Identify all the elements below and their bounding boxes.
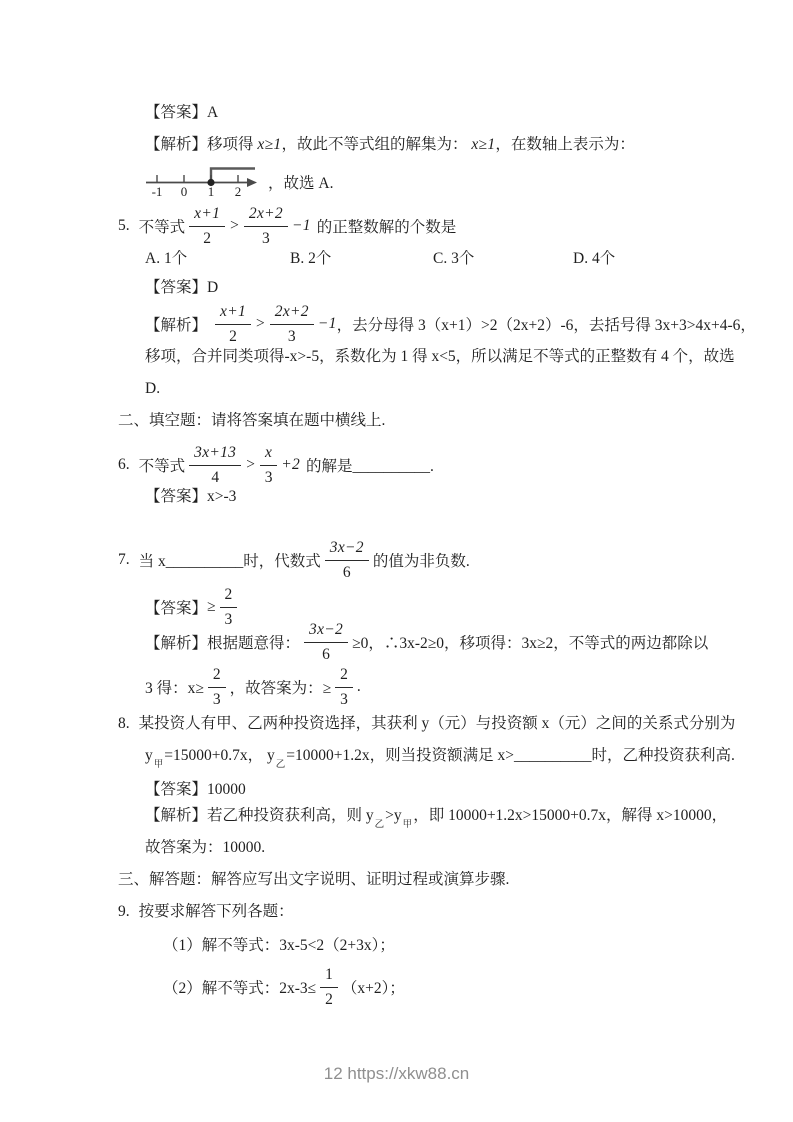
section-heading-text: 三、解答题：解答应写出文字说明、证明过程或演算步骤. [118,871,509,888]
q9-stem: 9.按要求解答下列各题： [118,896,294,928]
fraction-denominator: 3 [265,466,273,487]
fraction-denominator: 2 [325,988,333,1009]
text-segment: 3 得：x≥ [145,676,204,698]
analysis-label: 【解析】 [145,136,207,153]
question-number: 5. [118,217,130,235]
math-expression: −1 [318,315,337,333]
fraction-denominator: 6 [343,561,351,582]
fraction-numerator: x+1 [215,302,251,324]
fraction: 23 [335,665,353,709]
fraction-numerator: 3x+13 [189,443,241,465]
analysis-label: 【解析】 [145,313,207,335]
text-segment: 根据题意得： [207,631,300,653]
text-segment: 的正整数解的个数是 [317,215,457,237]
text-segment: 不等式 [139,454,186,476]
relation-sign: ≥ [207,598,216,616]
q9-subproblem-2: （2）解不等式：2x-3≤ 12 （x+2）； [163,958,405,1016]
fraction-denominator: 3 [213,688,221,709]
fraction-numerator: 2x+2 [244,204,288,226]
question-number: 7. [118,551,130,569]
q4-answer-line: 【答案】A [145,97,218,129]
relation-sign: > [255,315,266,333]
text-segment: ≥0，∴3x-2≥0，移项得：3x≥2，不等式的两边都除以 [352,631,708,653]
q8-answer-value: 10000 [207,781,246,798]
text-segment: ，故选 A. [268,176,333,192]
math-expression: x≥1 [471,136,495,153]
axis-arrowhead [247,178,257,187]
option-a: A. 1个 [145,243,290,275]
text-segment: D. [145,380,160,397]
fraction-numerator: 2x+2 [270,302,314,324]
analysis-label: 【解析】 [145,631,207,653]
math-expression: x≥1 [257,136,281,153]
question-number: 9. [118,903,130,920]
text-segment: ，故答案为：≥ [230,676,332,698]
q4-answer-value: A [207,104,218,121]
fraction-numerator: 3x−2 [304,620,348,642]
fraction-numerator: x+1 [189,204,225,226]
tick-label: 0 [181,184,188,198]
tick-label: -1 [152,184,163,198]
text-segment: （2）解不等式：2x-3≤ [163,976,316,998]
option-c: C. 3个 [433,243,573,275]
answer-label: 【答案】 [145,596,207,618]
fraction-numerator: 3x−2 [325,538,369,560]
math-expression: −1 [292,217,311,235]
section-heading-text: 二、填空题：请将答案填在题中横线上. [118,412,385,429]
fraction: x+12 [215,302,251,346]
q5-answer-value: D [207,279,218,296]
q6-answer-line: 【答案】x>-3 [145,481,236,513]
fraction: 23 [208,665,226,709]
page-footer: 12 https://xkw88.cn [0,1062,793,1086]
text-segment: （x+2）； [342,976,405,998]
fraction: x+12 [189,204,225,248]
text-segment: 移项得 [207,136,257,153]
tick-label: 1 [208,184,215,198]
fraction: x3 [260,443,277,487]
relation-sign: > [229,217,240,235]
fraction-numerator: 2 [220,585,238,607]
text-segment: >y [385,807,402,824]
tick-label: 2 [235,184,242,198]
fraction-numerator: 1 [320,965,338,987]
text-segment: 的值为非负数. [373,549,470,571]
subscript-yi: 乙 [375,820,385,830]
q5-analysis-line3: D. [145,373,160,405]
analysis-label: 【解析】 [145,807,207,824]
math-variable: y [145,747,153,764]
math-variable: y [267,747,275,764]
question-number: 6. [118,456,130,474]
q5-analysis-line2: 移项，合并同类项得-x>-5，系数化为 1 得 x<5，所以满足不等式的正整数有… [145,341,735,373]
text-segment: 当 x__________时，代数式 [139,549,321,571]
question-number: 8. [118,715,130,732]
answer-label: 【答案】 [145,488,207,505]
text-segment: 某投资人有甲、乙两种投资选择，其获利 y（元）与投资额 x（元）之间的关系式分别… [139,715,736,732]
subscript-yi: 乙 [276,760,286,770]
footer-text: 12 https://xkw88.cn [324,1064,470,1083]
text-segment: 移项，合并同类项得-x>-5，系数化为 1 得 x<5，所以满足不等式的正整数有… [145,348,735,365]
option-d: D. 4个 [573,243,615,275]
text-segment: =10000+1.2x，则当投资额满足 x>__________时，乙种投资获利… [286,747,735,764]
text-segment: 按要求解答下列各题： [139,903,294,920]
numberline-figure: -1 0 1 2 [145,156,263,198]
option-b: B. 2个 [290,243,433,275]
q8-stem-line1: 8.某投资人有甲、乙两种投资选择，其获利 y（元）与投资额 x（元）之间的关系式… [118,708,735,740]
text-segment: 的解是__________. [306,454,434,476]
text-segment: ，去分母得 3（x+1）>2（2x+2）-6，去括号得 3x+3>4x+4-6， [337,313,756,335]
fraction: 2x+23 [244,204,288,248]
fraction: 2x+23 [270,302,314,346]
text-segment: ，即 10000+1.2x>15000+0.7x，解得 x>10000， [413,807,727,824]
section2-heading: 二、填空题：请将答案填在题中横线上. [118,405,385,437]
fraction-denominator: 3 [340,688,348,709]
text-segment: ，故此不等式组的解集为： [281,136,471,153]
q8-analysis-line2: 故答案为：10000. [145,832,265,864]
relation-sign: > [245,456,256,474]
section3-heading: 三、解答题：解答应写出文字说明、证明过程或演算步骤. [118,864,509,896]
q5-options: A. 1个 B. 2个 C. 3个 D. 4个 [145,243,615,275]
subscript-jia: 甲 [403,820,413,830]
fraction-numerator: 2 [335,665,353,687]
fraction-numerator: 2 [208,665,226,687]
text-segment: =15000+0.7x， [164,747,267,764]
q8-stem-line2: y甲=15000+0.7x， y乙=10000+1.2x，则当投资额满足 x>_… [145,740,735,778]
text-segment: 若乙种投资获利高，则 y [207,807,374,824]
text-segment: ，在数轴上表示为： [495,136,635,153]
q4-numberline-row: -1 0 1 2 ，故选 A. [145,156,333,198]
answer-label: 【答案】 [145,279,207,296]
text-segment: 故答案为：10000. [145,839,265,856]
math-expression: +2 [281,456,300,474]
worksheet-page: 【答案】A 【解析】移项得 x≥1，故此不等式组的解集为： x≥1，在数轴上表示… [0,0,793,1122]
text-segment: （1）解不等式：3x-5<2（2+3x）； [163,937,395,954]
fraction: 3x−26 [325,538,369,582]
fraction: 12 [320,965,338,1009]
answer-label: 【答案】 [145,781,207,798]
subscript-jia: 甲 [154,760,164,770]
text-segment: 不等式 [139,215,186,237]
text-segment: . [357,678,361,696]
answer-label: 【答案】 [145,104,207,121]
q6-answer-value: x>-3 [207,488,236,505]
fraction-numerator: x [260,443,277,465]
